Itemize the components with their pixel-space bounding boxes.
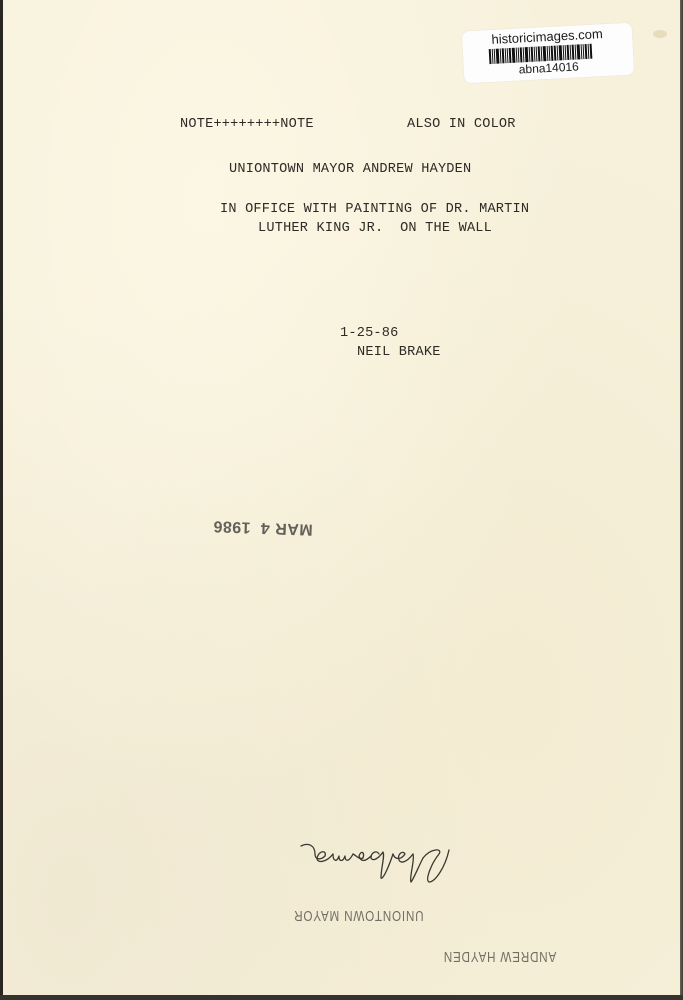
- title-stamp: UNIONTOWN MAYOR: [293, 907, 423, 924]
- photo-back-page: historicimages.com abna14016 NOTE+++++++…: [3, 0, 680, 995]
- handwritten-state-signature: [291, 838, 457, 888]
- photographer-credit: NEIL BRAKE: [357, 345, 441, 360]
- subject-text: UNIONTOWN MAYOR ANDREW HAYDEN: [229, 162, 471, 177]
- inventory-label: historicimages.com abna14016: [462, 23, 634, 84]
- name-stamp: ANDREW HAYDEN: [443, 948, 556, 965]
- description-line-1: IN OFFICE WITH PAINTING OF DR. MARTIN: [220, 202, 529, 217]
- note-text: NOTE++++++++NOTE: [180, 117, 314, 132]
- description-line-2: LUTHER KING JR. ON THE WALL: [258, 221, 492, 236]
- also-in-color-text: ALSO IN COLOR: [407, 117, 516, 132]
- received-date-stamp: MAR 4 1986: [213, 516, 313, 537]
- paper-stain: [653, 30, 667, 38]
- photo-date: 1-25-86: [340, 326, 399, 341]
- scan-edge-bottom: [0, 995, 683, 1000]
